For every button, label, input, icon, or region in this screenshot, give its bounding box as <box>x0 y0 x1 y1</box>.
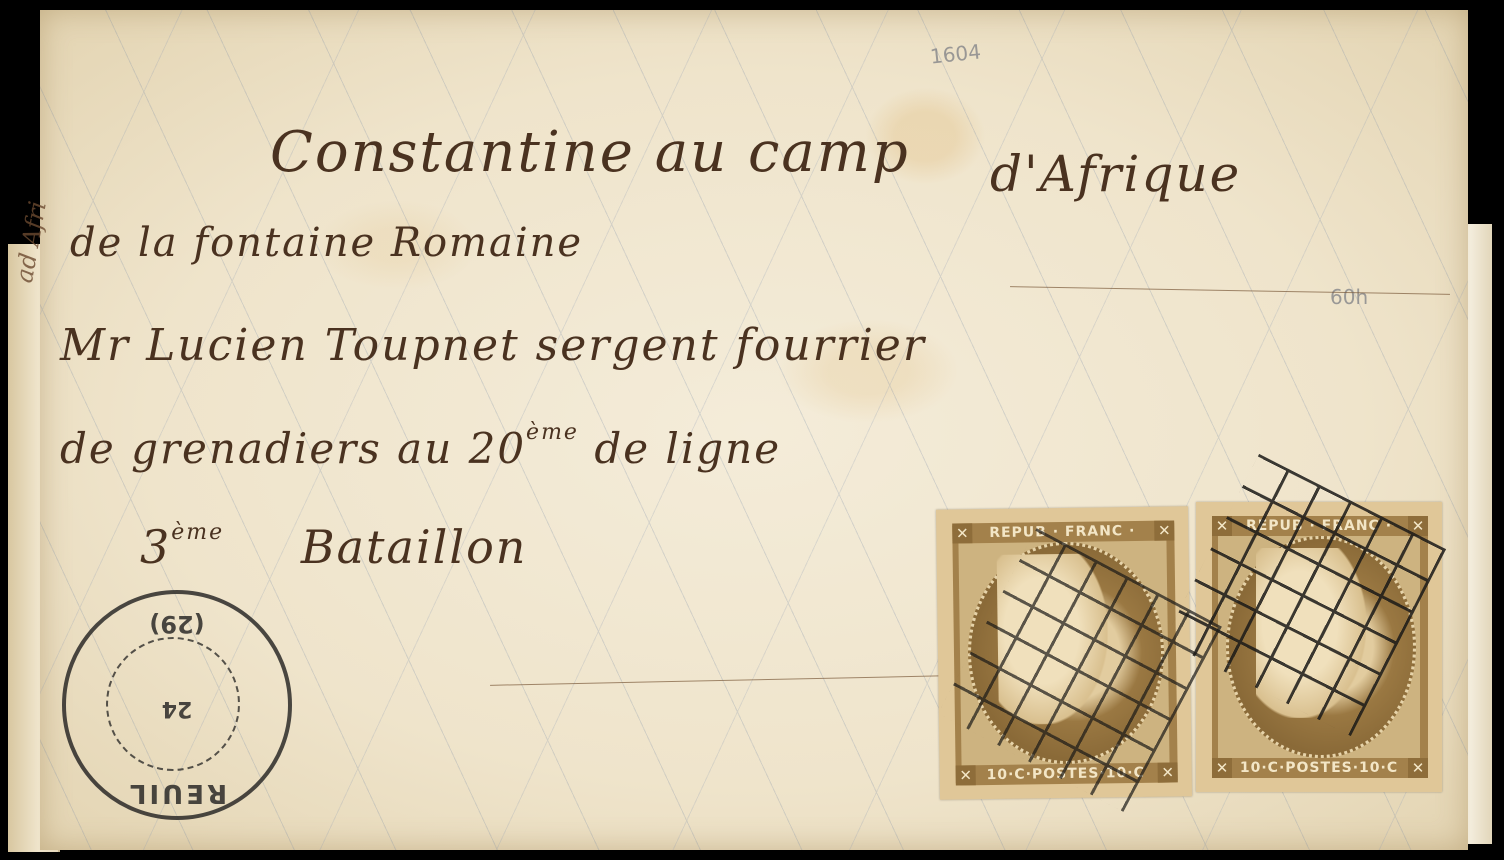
address-line-2: de la fontaine Romaine <box>70 220 583 266</box>
address-line-4: de grenadiers au 20ème de ligne <box>60 420 781 473</box>
line5-sup: ème <box>171 520 224 545</box>
line5-start: 3 <box>140 520 171 574</box>
address-line-1-end: d'Afrique <box>990 145 1241 203</box>
postmark-code: (29) <box>66 610 288 638</box>
corner-cross-icon: ✕ <box>1212 758 1232 778</box>
corner-cross-icon: ✕ <box>1408 758 1428 778</box>
line4-sup: ème <box>526 420 579 445</box>
pencil-note-right: 60h <box>1330 285 1368 309</box>
line5-end: Bataillon <box>301 520 528 574</box>
address-line-1: Constantine au camp <box>270 120 910 185</box>
circular-date-stamp: REUIL 24 (29) <box>62 590 292 820</box>
line4-end: de ligne <box>594 424 781 473</box>
postmark-town: REUIL <box>66 778 288 808</box>
stamp-top-text: REPUB · FRANC · <box>956 521 1168 544</box>
corner-cross-icon: ✕ <box>1158 762 1178 782</box>
line4-start: de grenadiers au 20 <box>60 424 526 473</box>
stamp-bottom-text: 10·C·POSTES·10·C <box>1216 758 1422 778</box>
address-line-5: 3ème Bataillon <box>140 520 527 574</box>
address-line-3-recipient: Mr Lucien Toupnet sergent fourrier <box>60 320 926 371</box>
corner-cross-icon: ✕ <box>952 523 972 543</box>
corner-cross-icon: ✕ <box>1154 520 1174 540</box>
corner-cross-icon: ✕ <box>956 765 976 785</box>
postmark-day: 24 <box>66 696 288 721</box>
